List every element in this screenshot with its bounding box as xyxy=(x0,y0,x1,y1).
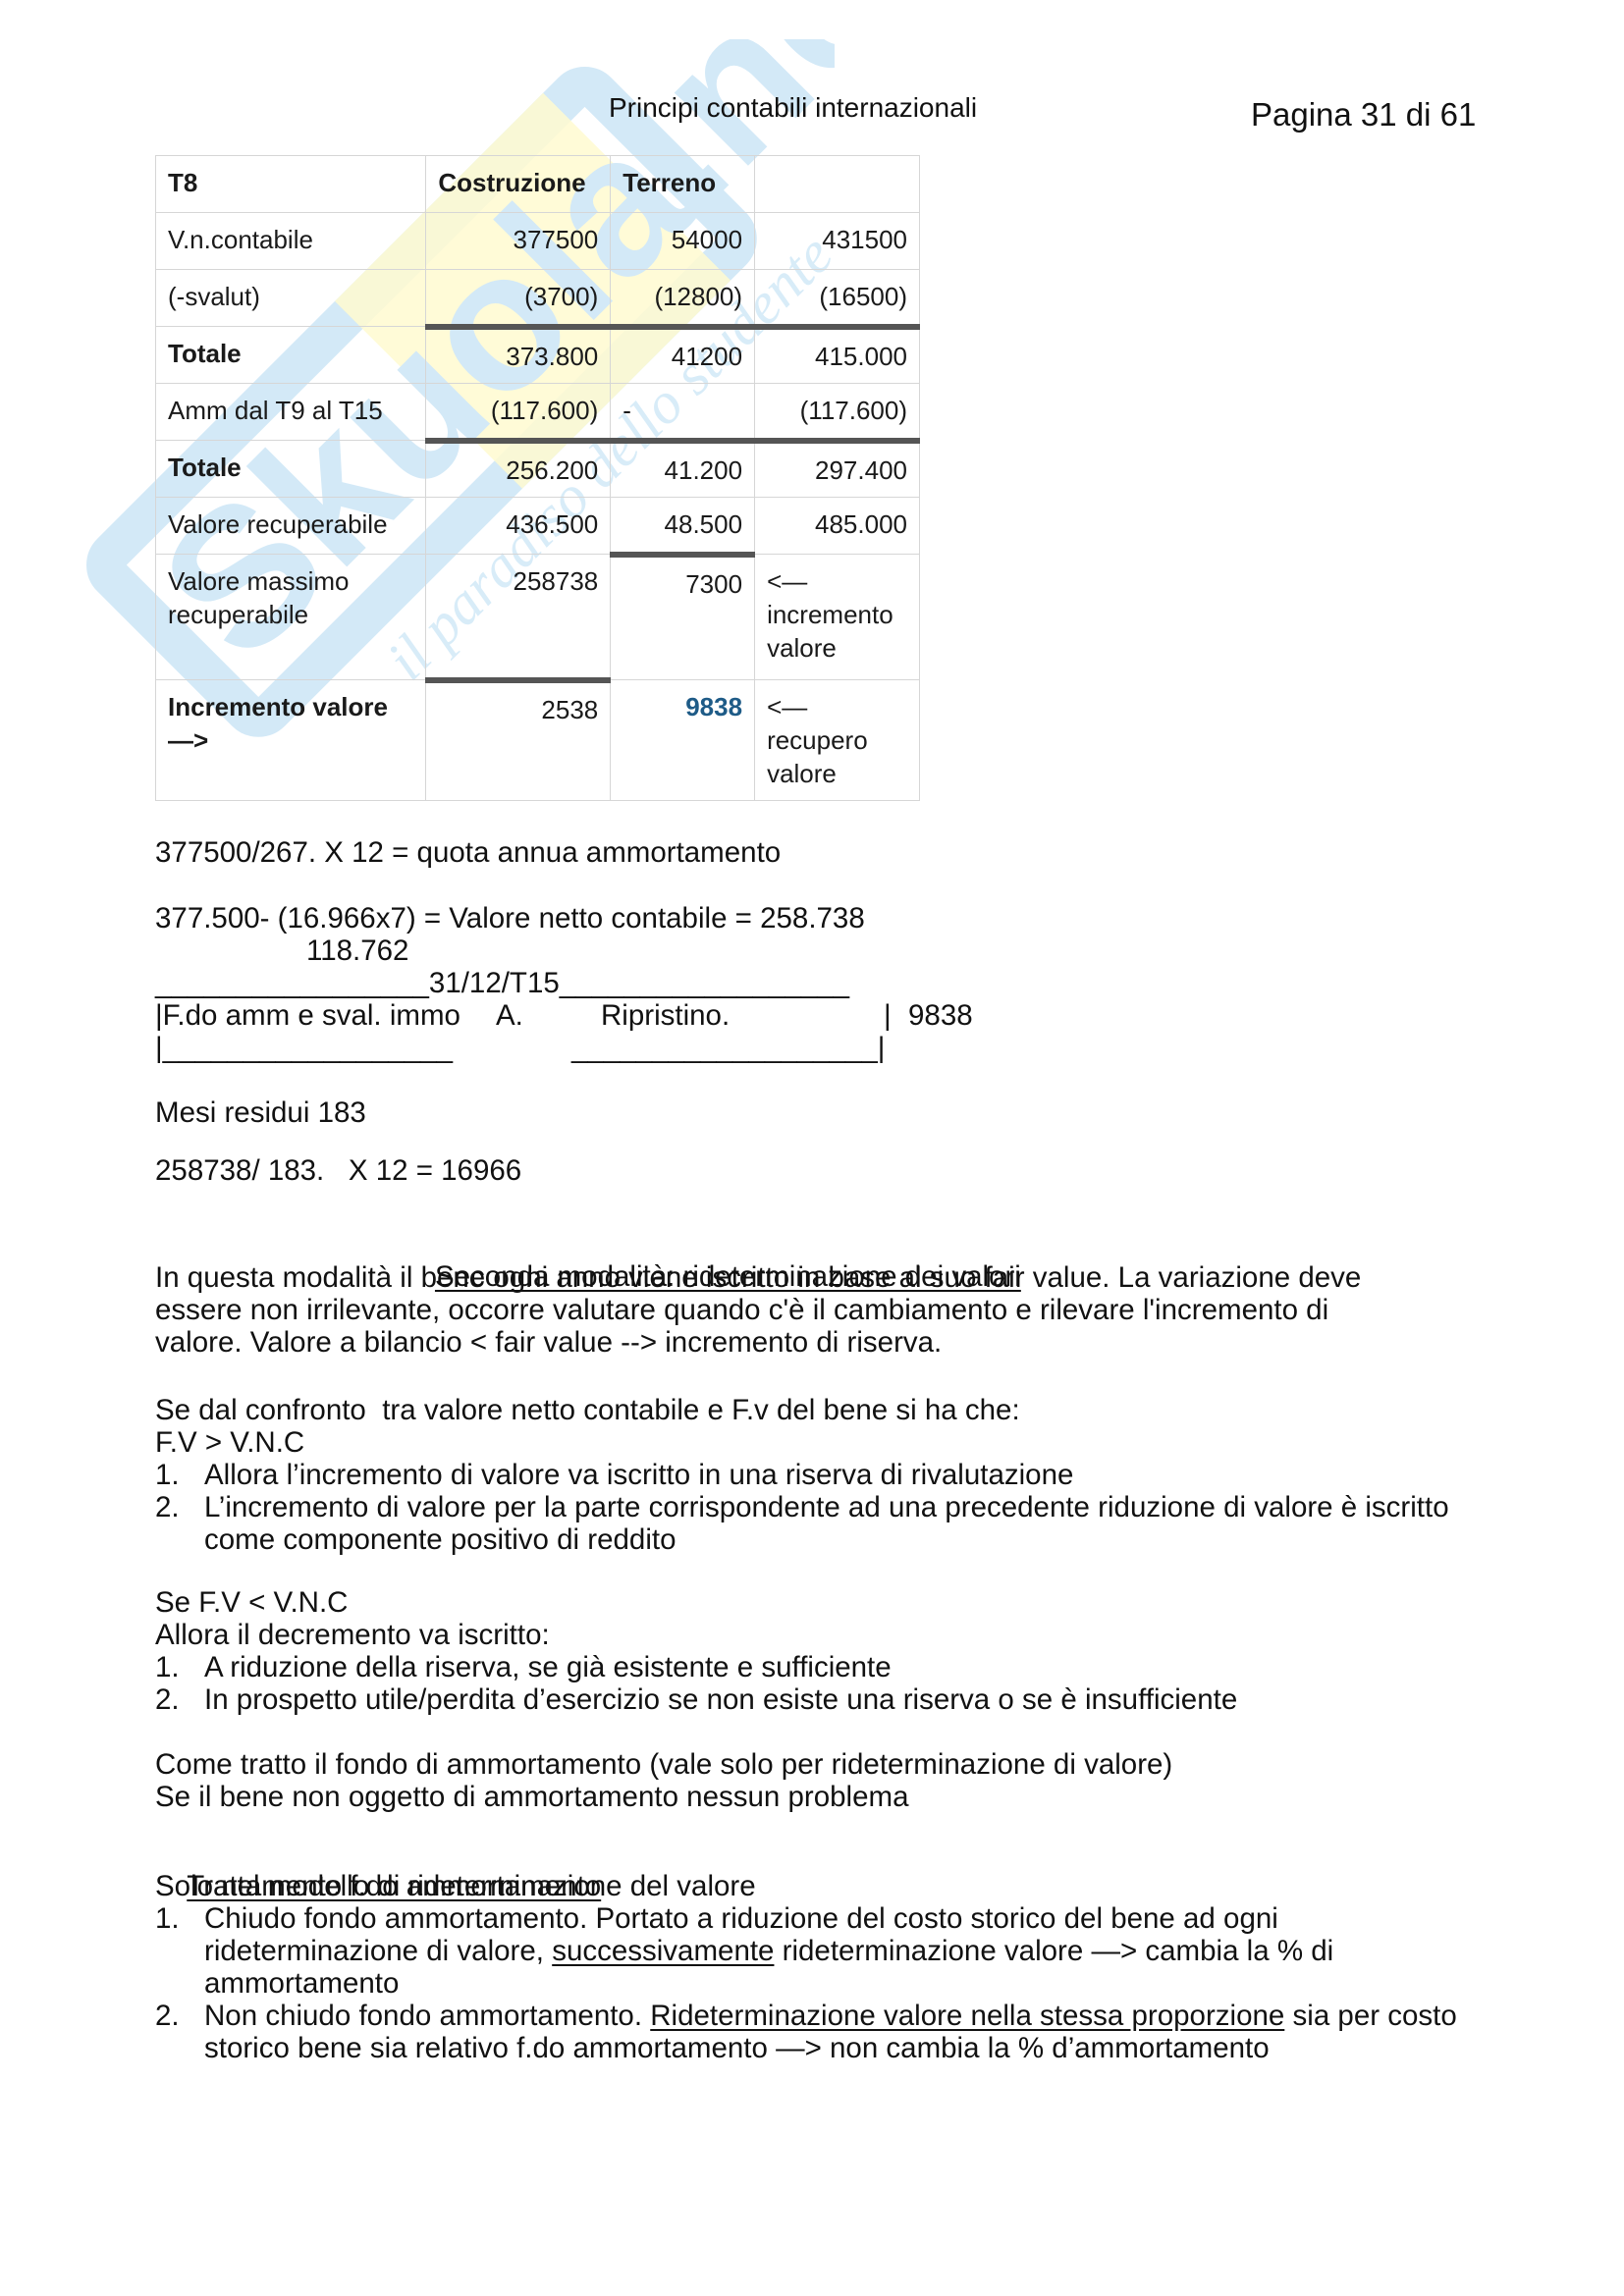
journal-a: A. xyxy=(496,999,523,1032)
journal-close-left: |__________________ xyxy=(155,1032,453,1064)
table-row: V.n.contabile 377500 54000 431500 xyxy=(156,213,920,270)
journal-debit: |F.do amm e sval. immo xyxy=(155,999,460,1032)
table-row: (-svalut) (3700) (12800) (16500) xyxy=(156,270,920,327)
list-item: 2. Non chiudo fondo ammortamento. Ridete… xyxy=(155,2000,1471,2064)
cell-totale: 431500 xyxy=(755,213,920,270)
cell-costruzione: 377500 xyxy=(426,213,611,270)
list-item: 2.L’incremento di valore per la parte co… xyxy=(155,1491,1471,1556)
table-header-row: T8 Costruzione Terreno xyxy=(156,156,920,213)
paragraph-line: essere non irrilevante, occorre valutare… xyxy=(155,1294,1328,1326)
case-fv-less: Se F.V < V.N.C xyxy=(155,1586,349,1619)
list-item: 1.Allora l’incremento di valore va iscri… xyxy=(155,1459,1471,1491)
paragraph-line: In questa modalità il bene ogni anno vie… xyxy=(155,1261,1361,1294)
cell-costruzione: 256.200 xyxy=(426,441,611,498)
underlined-term: successivamente xyxy=(552,1935,774,1967)
cell-terreno: 41200 xyxy=(611,327,755,384)
table-row: Valore massimo recuperabile 258738 7300 … xyxy=(156,555,920,680)
row-label: Incremento valore —> xyxy=(156,680,426,801)
journal-date-line: _________________31/12/T15______________… xyxy=(155,967,849,999)
table-row: Amm dal T9 al T15 (117.600) - (117.600) xyxy=(156,384,920,441)
cell-terreno: 41.200 xyxy=(611,441,755,498)
quota-annua: 258738/ 183. X 12 = 16966 xyxy=(155,1154,521,1187)
paragraph-line: valore. Valore a bilancio < fair value -… xyxy=(155,1326,942,1359)
table-header-cell: T8 xyxy=(156,156,426,213)
cell-totale: (16500) xyxy=(755,270,920,327)
list-item: 1. Chiudo fondo ammortamento. Portato a … xyxy=(155,1902,1471,2000)
table-row: Valore recuperabile 436.500 48.500 485.0… xyxy=(156,498,920,555)
cell-costruzione: (3700) xyxy=(426,270,611,327)
calc-line-subtotal: 118.762 xyxy=(306,934,408,967)
cell-terreno: (12800) xyxy=(611,270,755,327)
mesi-residui: Mesi residui 183 xyxy=(155,1096,366,1129)
fondo-line-1: Come tratto il fondo di ammortamento (va… xyxy=(155,1748,1172,1781)
document-page: Principi contabili internazionali Pagina… xyxy=(0,0,1624,2296)
row-label: Totale xyxy=(156,441,426,498)
cell-totale: (117.600) xyxy=(755,384,920,441)
table-row: Totale 373.800 41200 415.000 xyxy=(156,327,920,384)
row-label: Totale xyxy=(156,327,426,384)
cell-totale: 415.000 xyxy=(755,327,920,384)
underlined-term: Rideterminazione valore nella stessa pro… xyxy=(650,2000,1284,2032)
cell-costruzione: 436.500 xyxy=(426,498,611,555)
section3-intro: Solo nel modello di rideterminazione del… xyxy=(155,1870,756,1902)
cell-terreno: 9838 xyxy=(611,680,755,801)
journal-bar: | xyxy=(884,999,892,1032)
row-label: Valore massimo recuperabile xyxy=(156,555,426,680)
section3-list: 1. Chiudo fondo ammortamento. Portato a … xyxy=(155,1902,1471,2064)
highlighted-value: 9838 xyxy=(685,692,742,721)
cell-terreno: - xyxy=(611,384,755,441)
case2-intro: Allora il decremento va iscritto: xyxy=(155,1619,550,1651)
cell-totale: 485.000 xyxy=(755,498,920,555)
cell-note: <— recupero valore xyxy=(755,680,920,801)
page-number: Pagina 31 di 61 xyxy=(1251,96,1476,133)
case2-list: 1.A riduzione della riserva, se già esis… xyxy=(155,1651,1471,1716)
table-row: Totale 256.200 41.200 297.400 xyxy=(156,441,920,498)
calc-line-quota: 377500/267. X 12 = quota annua ammortame… xyxy=(155,836,781,869)
row-label: Valore recuperabile xyxy=(156,498,426,555)
cell-costruzione: 373.800 xyxy=(426,327,611,384)
cell-costruzione: 258738 xyxy=(426,555,611,680)
cell-costruzione: (117.600) xyxy=(426,384,611,441)
row-label: (-svalut) xyxy=(156,270,426,327)
cell-totale: 297.400 xyxy=(755,441,920,498)
case-fv-greater: F.V > V.N.C xyxy=(155,1426,304,1459)
t8-impairment-table: T8 Costruzione Terreno V.n.contabile 377… xyxy=(155,155,920,801)
cell-terreno: 7300 xyxy=(611,555,755,680)
case1-list: 1.Allora l’incremento di valore va iscri… xyxy=(155,1459,1471,1556)
cell-note: <— incremento valore xyxy=(755,555,920,680)
journal-amount: 9838 xyxy=(908,999,973,1032)
fondo-line-2: Se il bene non oggetto di ammortamento n… xyxy=(155,1781,908,1813)
calc-line-vnc: 377.500- (16.966x7) = Valore netto conta… xyxy=(155,902,865,934)
cell-costruzione: 2538 xyxy=(426,680,611,801)
row-label: Amm dal T9 al T15 xyxy=(156,384,426,441)
journal-close-right: ___________________| xyxy=(571,1032,885,1064)
table-header-cell: Costruzione xyxy=(426,156,611,213)
journal-credit: Ripristino. xyxy=(601,999,730,1032)
confronto-line: Se dal confronto tra valore netto contab… xyxy=(155,1394,1020,1426)
cell-terreno: 48.500 xyxy=(611,498,755,555)
list-item: 2.In prospetto utile/perdita d’esercizio… xyxy=(155,1683,1471,1716)
cell-terreno: 54000 xyxy=(611,213,755,270)
row-label: V.n.contabile xyxy=(156,213,426,270)
table-row: Incremento valore —> 2538 9838 <— recupe… xyxy=(156,680,920,801)
list-item: 1.A riduzione della riserva, se già esis… xyxy=(155,1651,1471,1683)
table-header-cell xyxy=(755,156,920,213)
running-header-title: Principi contabili internazionali xyxy=(609,92,977,124)
table-header-cell: Terreno xyxy=(611,156,755,213)
